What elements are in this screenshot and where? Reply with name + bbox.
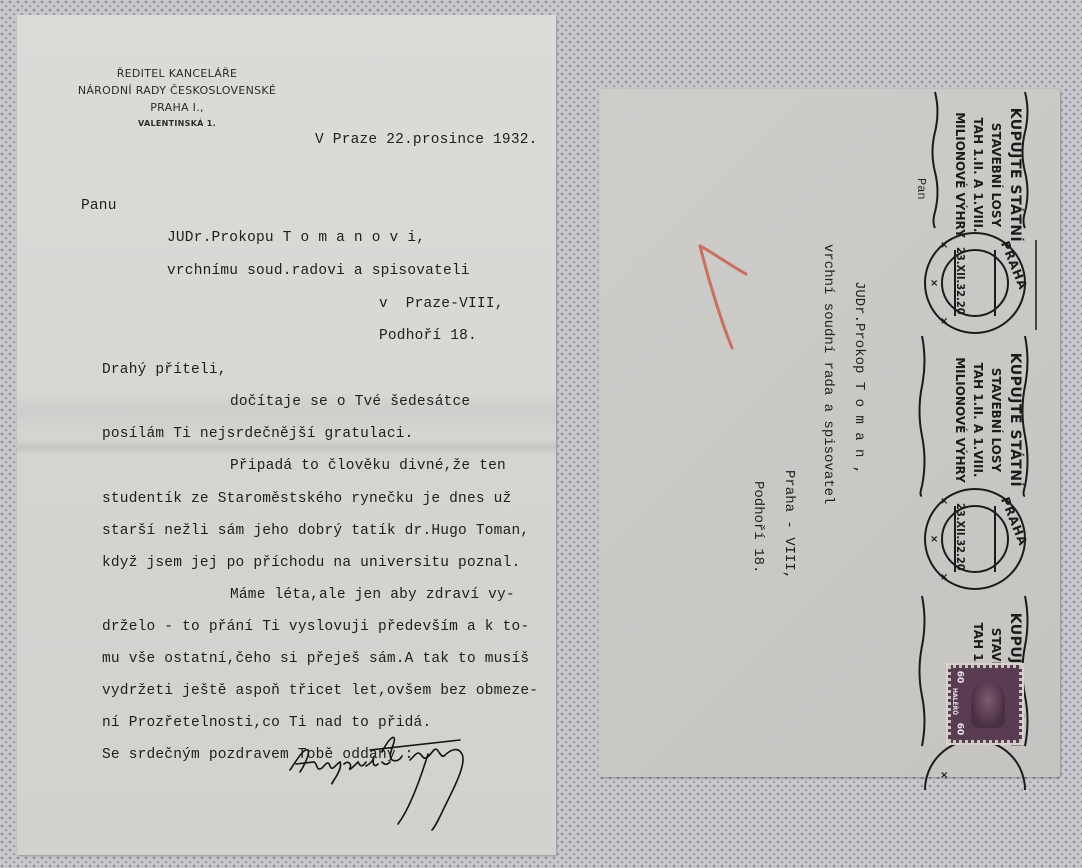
postal-cancellation-strip: KUPUJTE STÁTNÍ STAVEBNÍ LOSY TAH 1.II. A… [0, 0, 1082, 868]
stamp-value: 60 [954, 723, 964, 736]
slogan-wavy-borders: ××× ××× × [0, 0, 1082, 868]
stamp-portrait [971, 682, 1005, 728]
postage-stamp: 60 60 HALÉŘŮ [948, 665, 1022, 743]
postmark-date: 23.XII.32.20 [954, 503, 967, 571]
postmark-date: 23.XII.32.20 [954, 247, 967, 315]
stamp-unit: HALÉŘŮ [951, 688, 958, 715]
svg-text:×: × [940, 770, 948, 781]
postmark-circle-1: 23.XII.32.20 PRAHA [927, 235, 1023, 331]
postmark-circle-2: 23.XII.32.20 PRAHA [927, 491, 1023, 587]
stamp-value: 60 [954, 671, 964, 684]
